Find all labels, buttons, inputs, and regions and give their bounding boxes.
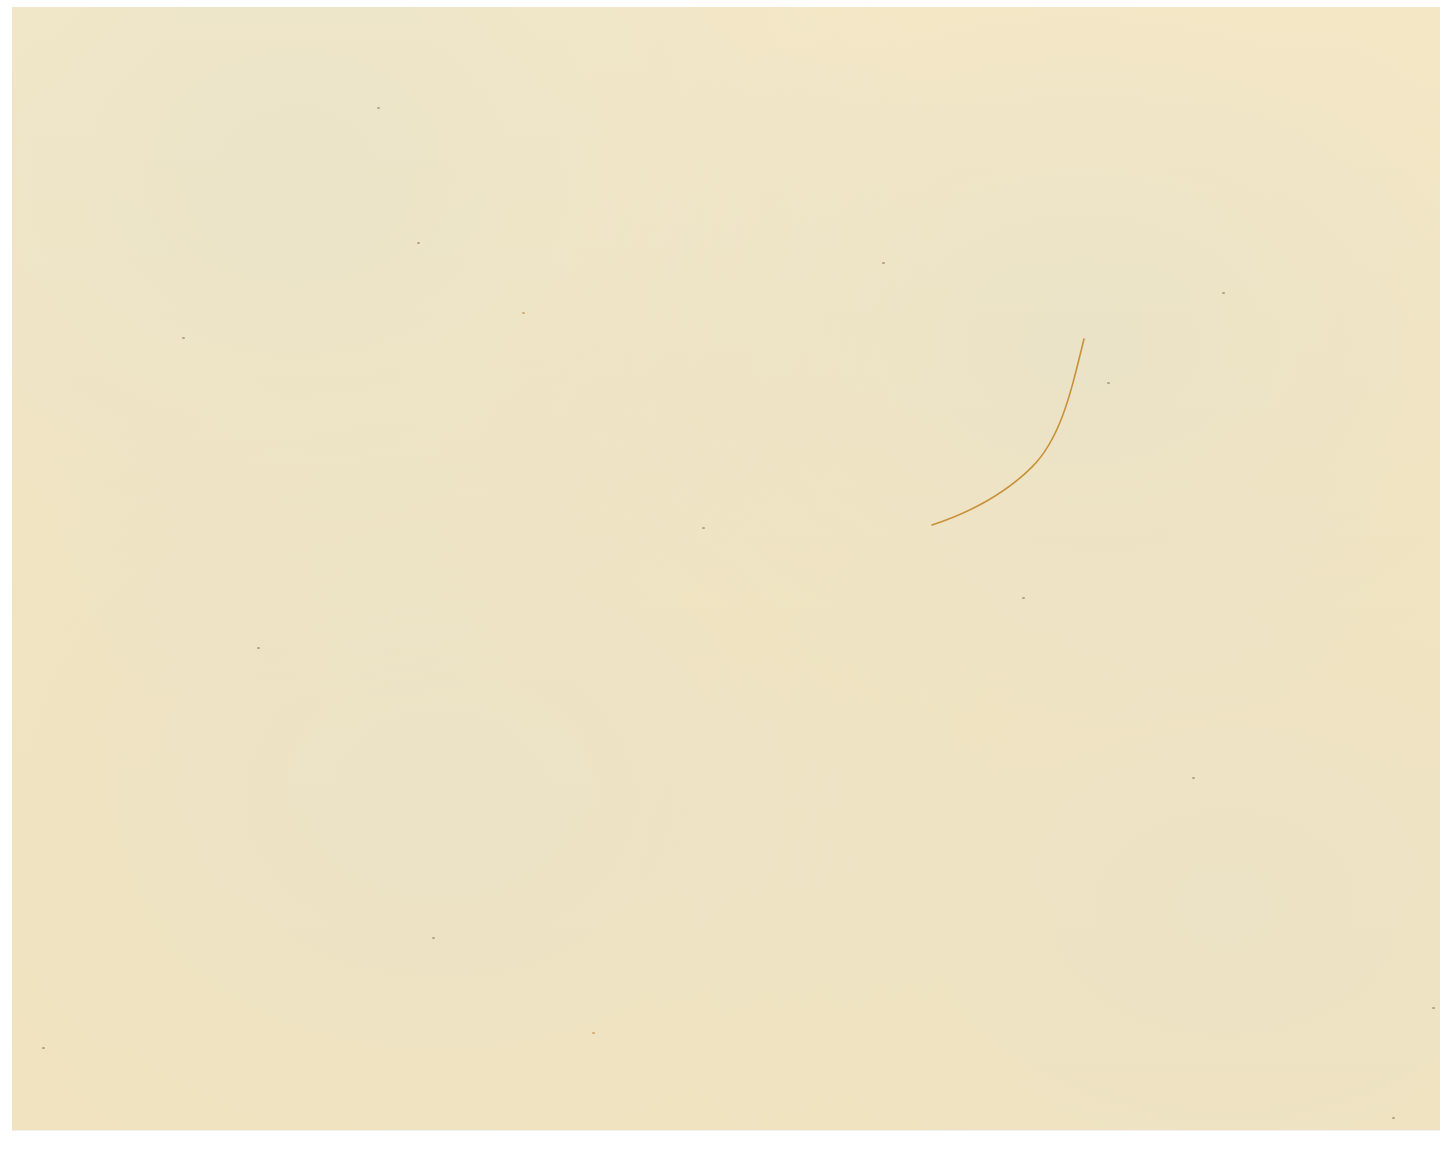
speck xyxy=(377,107,380,109)
speck xyxy=(1222,292,1225,294)
speck xyxy=(1392,1117,1395,1119)
paper-sheet: Blank aged cream-colored paper sheet sca… xyxy=(12,7,1440,1130)
speck xyxy=(432,937,435,939)
speck xyxy=(1432,1007,1435,1009)
speck xyxy=(1022,597,1025,599)
speck xyxy=(182,337,185,339)
speck xyxy=(522,312,525,314)
speck xyxy=(882,262,885,264)
speck xyxy=(417,242,420,244)
speck xyxy=(592,1032,595,1034)
hair-fiber xyxy=(912,327,1112,537)
speck xyxy=(42,1047,45,1049)
speck xyxy=(702,527,705,529)
speck xyxy=(257,647,260,649)
speck xyxy=(1192,777,1195,779)
